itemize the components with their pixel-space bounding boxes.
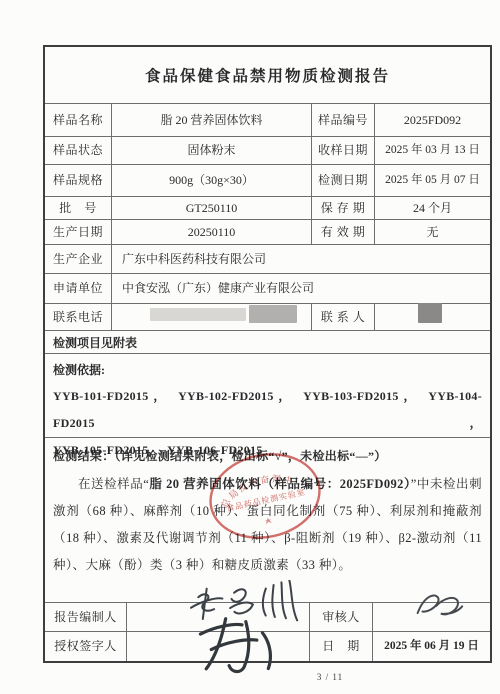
row-result: 检测结果：（详见检测结果附表，检出标“√”，未检出标“—”） 在送检样品“脂 2… [45,437,490,602]
contact-person-label: 联 系 人 [312,304,375,330]
production-date-value: 20250110 [112,220,312,244]
authorizer-label: 授权签字人 [45,632,127,661]
sample-no-value: 2025FD092 [375,104,490,136]
validity-label: 有 效 期 [312,220,375,244]
receive-date-value: 2025 年 03 月 13 日 [375,137,490,164]
row-sample-state: 样品状态 固体粉末 收样日期 2025 年 03 月 13 日 [45,136,490,164]
authorizer-signature-cell [127,632,310,661]
redacted-phone-light [150,308,246,321]
sample-no-label: 样品编号 [312,104,375,136]
sample-state-label: 样品状态 [45,137,112,164]
contact-phone-label: 联系电话 [45,304,112,330]
applicant-label: 申请单位 [45,274,112,303]
preparer-label: 报告编制人 [45,603,127,631]
production-date-label: 生产日期 [45,220,112,244]
date-value: 2025 年 06 月 19 日 [373,632,490,661]
redacted-phone-dark [249,305,297,323]
row-manufacturer: 生产企业 广东中科医药科技有限公司 [45,244,490,273]
result-paragraph: 在送检样品“脂 20 营养固体饮料（样品编号：2025FD092）”中未检出刺激… [53,471,482,579]
report-title: 食品保健食品禁用物质检测报告 [145,64,390,86]
validity-value: 无 [375,220,490,244]
test-date-label: 检测日期 [312,165,375,196]
page-number: 3 / 11 [300,672,360,682]
row-preparer: 报告编制人 审核人 [45,602,490,631]
sample-name-label: 样品名称 [45,104,112,136]
sample-spec-label: 样品规格 [45,165,112,196]
row-production-date: 生产日期 20250110 有 效 期 无 [45,219,490,244]
scanned-report-page: 食品保健食品禁用物质检测报告 样品名称 脂 20 营养固体饮料 样品编号 202… [0,0,500,694]
batch-label: 批 号 [45,197,112,219]
row-sample-spec: 样品规格 900g（30g×30） 检测日期 2025 年 05 月 07 日 [45,164,490,196]
reviewer-label: 审核人 [310,603,373,631]
batch-value: GT250110 [112,197,312,219]
row-authorizer: 授权签字人 日 期 2025 年 06 月 19 日 [45,631,490,661]
row-applicant: 申请单位 中食安泓（广东）健康产业有限公司 [45,273,490,303]
basis-label: 检测依据: [53,357,482,383]
basis-line-1: YYB-101-FD2015， YYB-102-FD2015， YYB-103-… [53,383,482,437]
result-heading: 检测结果：（详见检测结果附表，检出标“√”，未检出标“—”） [53,441,482,469]
receive-date-label: 收样日期 [312,137,375,164]
applicant-value: 中食安泓（广东）健康产业有限公司 [112,274,490,303]
shelf-life-label: 保 存 期 [312,197,375,219]
result-para-body: ”中未检出刺激剂（68 种）、麻醉剂（10 种）、蛋白同化制剂（75 种）、利尿… [53,477,482,572]
manufacturer-value: 广东中科医药科技有限公司 [112,245,490,273]
row-basis: 检测依据: YYB-101-FD2015， YYB-102-FD2015， YY… [45,353,490,437]
row-batch: 批 号 GT250110 保 存 期 24 个月 [45,196,490,219]
sample-spec-value: 900g（30g×30） [112,165,312,196]
manufacturer-label: 生产企业 [45,245,112,273]
sample-name-value: 脂 20 营养固体饮料 [112,104,312,136]
row-sample-name: 样品名称 脂 20 营养固体饮料 样品编号 2025FD092 [45,103,490,136]
redacted-contact-person [418,303,442,323]
test-date-value: 2025 年 05 月 07 日 [375,165,490,196]
result-para-sample: 脂 20 营养固体饮料（样品编号：2025FD092） [149,477,411,491]
row-items-note: 检测项目见附表 [45,330,490,353]
sample-state-value: 固体粉末 [112,137,312,164]
title-row: 食品保健食品禁用物质检测报告 [45,47,490,103]
shelf-life-value: 24 个月 [375,197,490,219]
items-note-text: 检测项目见附表 [45,331,490,353]
report-table: 食品保健食品禁用物质检测报告 样品名称 脂 20 营养固体饮料 样品编号 202… [43,45,492,663]
date-label: 日 期 [310,632,373,661]
preparer-signature-cell [127,603,310,631]
result-para-prefix: 在送检样品“ [78,477,149,491]
reviewer-signature-cell [373,603,490,631]
